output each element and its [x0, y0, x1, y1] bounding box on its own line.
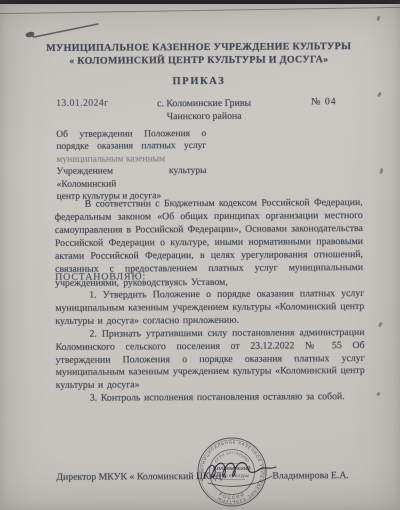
- subject-line: Учреждением культуры: [56, 165, 206, 178]
- date-row: 13.01.2024г с. Коломинские Гривы Чаинско…: [0, 96, 399, 98]
- pen-mark: [18, 14, 108, 42]
- subject-line: «Коломинский: [57, 178, 207, 191]
- document-date: 13.01.2024г: [56, 98, 109, 109]
- organization-title-line2: « КОЛОМИНСКИЙ ЦЕНТР КУЛЬТУРЫ И ДОСУГА»: [0, 53, 399, 68]
- organization-title-line1: МУНИЦИПАЛЬНОЕ КАЗЕННОЕ УЧРЕЖДЕНИЕ КУЛЬТУ…: [0, 41, 399, 56]
- resolution-item: 1. Утвердить Положение о порядке оказани…: [55, 288, 364, 329]
- scan-top-edge: [0, 0, 400, 4]
- place-line2: Чаинского района: [167, 111, 242, 122]
- scanned-document-page: МУНИЦИПАЛЬНОЕ КАЗЕННОЕ УЧРЕЖДЕНИЕ КУЛЬТУ…: [0, 0, 400, 510]
- place-line1: с. Коломинские Гривы: [157, 98, 251, 110]
- handwritten-signature: [198, 452, 288, 496]
- resolution-item: 3. Контроль исполнения постановления ост…: [56, 391, 365, 406]
- resolution-item: 2. Признать утратившими силу постановлен…: [55, 327, 364, 393]
- organization-title: МУНИЦИПАЛЬНОЕ КАЗЕННОЕ УЧРЕЖДЕНИЕ КУЛЬТУ…: [0, 41, 399, 68]
- document-place: с. Коломинские Гривы Чаинского района: [124, 96, 284, 123]
- subject-line: муниципальным казенным: [56, 153, 206, 166]
- subject-line: Об утверждении Положения о: [56, 128, 206, 141]
- resolution-items: 1. Утвердить Положение о порядке оказани…: [55, 288, 365, 406]
- subject-block: Об утверждении Положения о порядке оказа…: [56, 128, 206, 203]
- document-type-heading: ПРИКАЗ: [0, 75, 399, 88]
- document-number: № 04: [311, 96, 337, 107]
- resolve-heading: ПОСТАНОВЛЯЮ:: [55, 271, 146, 283]
- subject-line: порядке оказания платных услуг: [56, 140, 206, 153]
